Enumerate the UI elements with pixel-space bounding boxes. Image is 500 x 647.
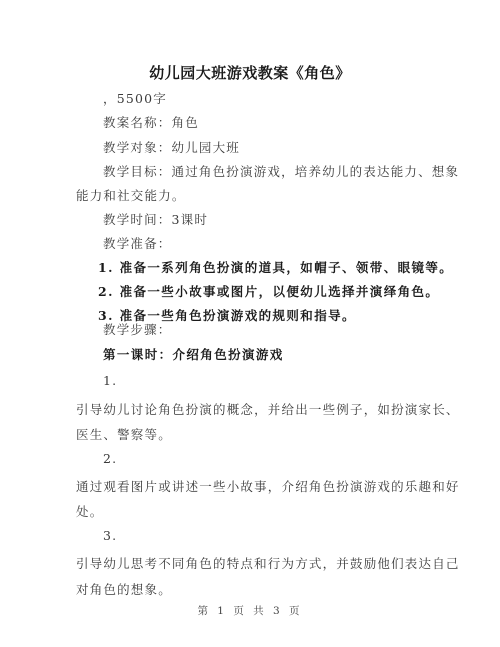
steps-heading: 教学步骤： — [103, 320, 172, 338]
preparation-item: 1. 准备一系列角色扮演的道具，如帽子、领带、眼镜等。 — [98, 258, 453, 276]
page-indicator: 第 1 页 共 3 页 — [0, 603, 500, 618]
teaching-target: 教学对象：幼儿园大班 — [103, 138, 240, 156]
step-number: 2. — [103, 451, 117, 466]
lesson-name: 教案名称：角色 — [103, 113, 199, 131]
step-text-line2: 医生、警察等。 — [76, 425, 172, 443]
preparation-item: 2. 准备一些小故事或图片，以便幼儿选择并演绎角色。 — [98, 282, 439, 300]
step-text-line1: 通过观看图片或讲述一些小故事，介绍角色扮演游戏的乐趣和好 — [76, 477, 460, 495]
step-number: 3. — [103, 528, 117, 543]
document-title: 幼儿园大班游戏教案《角色》 — [0, 62, 500, 83]
word-count: ，5500字 — [103, 89, 167, 107]
step-number: 1. — [103, 373, 117, 388]
teaching-goal-line2: 能力和社交能力。 — [76, 186, 186, 204]
teaching-time: 教学时间：3课时 — [103, 210, 208, 228]
step-text-line2: 处。 — [76, 502, 103, 520]
lesson1-heading: 第一课时：介绍角色扮演游戏 — [103, 345, 284, 363]
teaching-goal-line1: 教学目标：通过角色扮演游戏，培养幼儿的表达能力、想象 — [103, 162, 459, 180]
step-text-line2: 对角色的想象。 — [76, 580, 172, 598]
preparation-heading: 教学准备： — [103, 234, 172, 252]
document-page: 幼儿园大班游戏教案《角色》 ，5500字 教案名称：角色 教学对象：幼儿园大班 … — [0, 0, 500, 647]
step-text-line1: 引导幼儿思考不同角色的特点和行为方式，并鼓励他们表达自己 — [76, 554, 460, 572]
step-text-line1: 引导幼儿讨论角色扮演的概念，并给出一些例子，如扮演家长、 — [76, 400, 460, 418]
